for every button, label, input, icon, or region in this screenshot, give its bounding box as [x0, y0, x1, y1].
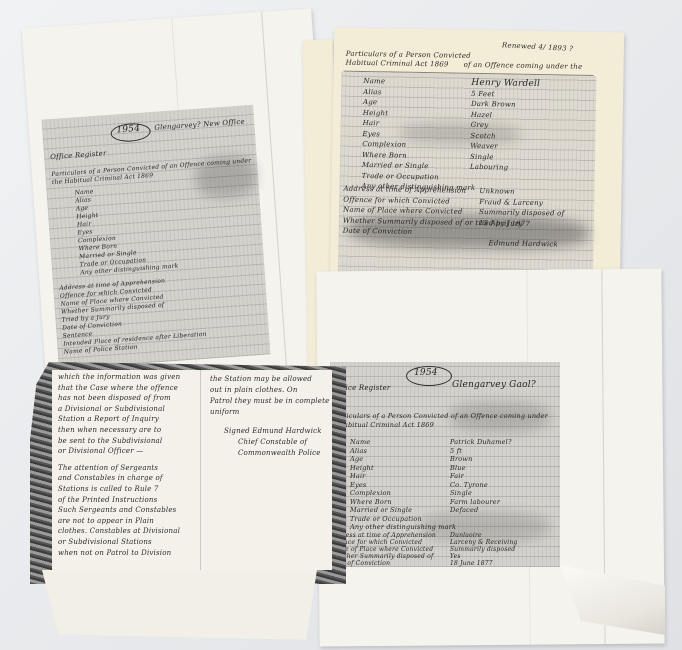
year-stamp: 1954 — [116, 124, 140, 136]
paper-sheet-top-right: Renewed 4/ 1893 ? Particulars of a Perso… — [330, 27, 624, 292]
signature: Edmund Hardwick — [488, 239, 558, 248]
title-line-2: Habitual Criminal Act 1869 — [346, 59, 449, 69]
photocopy-register-top-left: 1954 Glengarvey? New Office Office Regis… — [42, 105, 271, 369]
letter-left-column: which the information was given that the… — [58, 372, 180, 558]
handwritten-letter: which the information was given that the… — [52, 370, 332, 570]
letter-fold — [200, 370, 201, 570]
letter-signature: Signed Edmund Hardwick Chief Constable o… — [224, 426, 322, 459]
lower-field-values: Dunlaoire Larceny & Receiving Summarily … — [450, 532, 517, 567]
annotation: Glengarvey Gaol? — [452, 380, 536, 390]
lower-field-labels: Address at time of Apprehension Offence … — [59, 275, 207, 357]
photocopy-register-panel: Name Alias Age Height Hair Eyes Complexi… — [338, 72, 597, 281]
title-line-1: Particulars of a Person Convicted of an … — [332, 412, 548, 420]
photocopy-register-bottom-right: 1954 Glengarvey Gaol? Office Register Pa… — [330, 362, 560, 567]
field-values: Patrick Duhamel? 5 ft Brown Blue Fair Co… — [450, 438, 512, 515]
field-labels: Name Alias Age Height Hair Eyes Complexi… — [74, 183, 178, 278]
lower-field-values: Unknown Fraud & Larceny Summarily dispos… — [479, 186, 565, 229]
corner-note: Renewed 4/ 1893 ? — [502, 41, 573, 53]
field-labels: Name Alias Age Height Hair Eyes Complexi… — [350, 438, 456, 532]
register-header: Office Register — [50, 149, 107, 161]
year-stamp: 1954 — [414, 368, 438, 378]
annotation: Glengarvey? New Office — [154, 118, 245, 132]
field-values: Henry Wardell 5 Feet Dark Brown Hazel Gr… — [470, 78, 540, 174]
title-line-2: Habitual Criminal Act 1869 — [338, 421, 434, 429]
letter-paper-bottom — [42, 570, 317, 640]
field-labels: Name Alias Age Height Hair Eyes Complexi… — [361, 76, 477, 193]
title-right: of an Offence coming under the — [464, 61, 583, 71]
letter-right-column: the Station may be allowed out in plain … — [210, 374, 329, 418]
